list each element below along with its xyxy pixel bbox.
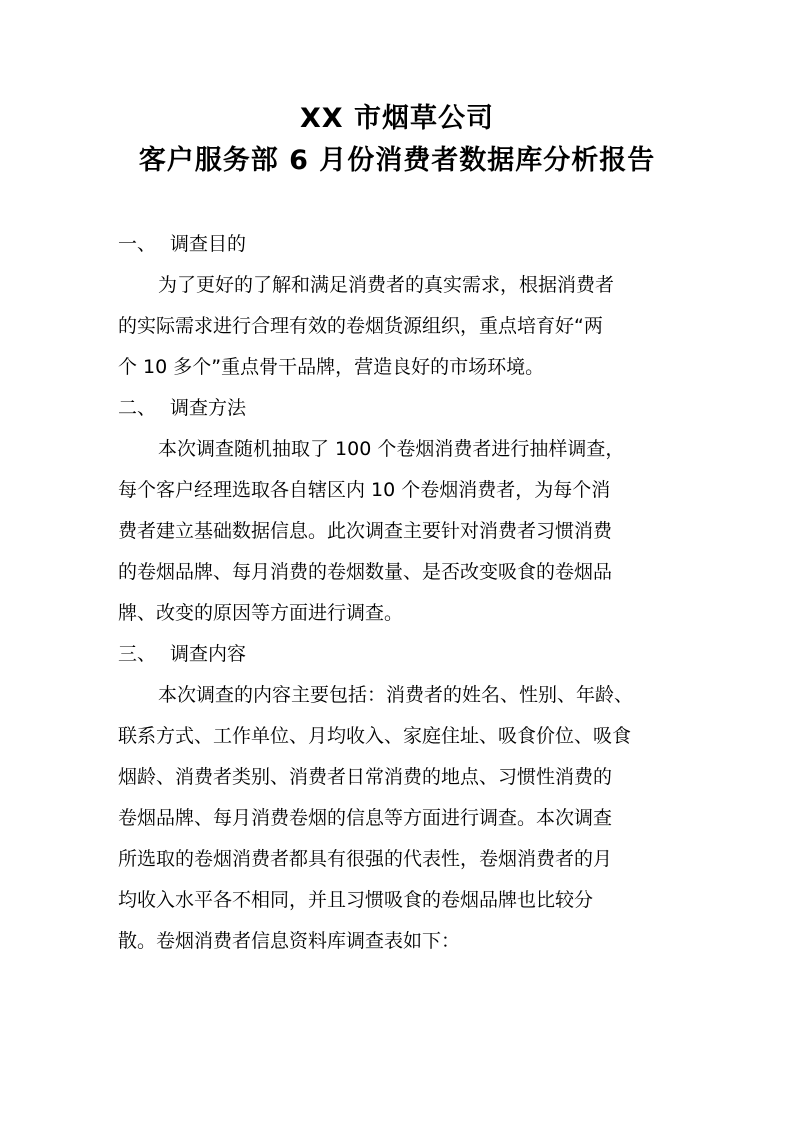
document-page: XX 市烟草公司 客户服务部 6 月份消费者数据库分析报告 一、调查目的 为了更…	[0, 0, 794, 1123]
section-title: 调查内容	[170, 643, 246, 665]
document-body: 一、调查目的 为了更好的了解和满足消费者的真实需求，根据消费者 的实际需求进行合…	[118, 224, 678, 962]
paragraph-line: 为了更好的了解和满足消费者的真实需求，根据消费者	[118, 265, 678, 306]
paragraph-line: 费者建立基础数据信息。此次调查主要针对消费者习惯消费	[118, 511, 678, 552]
section-number: 三、	[118, 643, 156, 665]
paragraph-line: 散。卷烟消费者信息资料库调查表如下：	[118, 921, 678, 962]
paragraph-line: 本次调查随机抽取了 100 个卷烟消费者进行抽样调查，	[118, 429, 678, 470]
section-heading-content: 三、调查内容	[118, 634, 678, 675]
section-title: 调查目的	[170, 233, 246, 255]
paragraph-line: 所选取的卷烟消费者都具有很强的代表性，卷烟消费者的月	[118, 839, 678, 880]
paragraph-line: 个 10 多个”重点骨干品牌，营造良好的市场环境。	[118, 347, 678, 388]
paragraph-line: 卷烟品牌、每月消费卷烟的信息等方面进行调查。本次调查	[118, 798, 678, 839]
title-line-1: XX 市烟草公司	[0, 101, 794, 137]
paragraph-line: 的实际需求进行合理有效的卷烟货源组织，重点培育好“两	[118, 306, 678, 347]
paragraph-line: 烟龄、消费者类别、消费者日常消费的地点、习惯性消费的	[118, 757, 678, 798]
section-number: 二、	[118, 397, 156, 419]
paragraph-line: 的卷烟品牌、每月消费的卷烟数量、是否改变吸食的卷烟品	[118, 552, 678, 593]
section-number: 一、	[118, 233, 156, 255]
paragraph-line: 牌、改变的原因等方面进行调查。	[118, 593, 678, 634]
section-heading-method: 二、调查方法	[118, 388, 678, 429]
paragraph-line: 本次调查的内容主要包括：消费者的姓名、性别、年龄、	[118, 675, 678, 716]
paragraph-line: 均收入水平各不相同，并且习惯吸食的卷烟品牌也比较分	[118, 880, 678, 921]
paragraph-line: 联系方式、工作单位、月均收入、家庭住址、吸食价位、吸食	[118, 716, 678, 757]
title-line-2: 客户服务部 6 月份消费者数据库分析报告	[0, 143, 794, 179]
section-heading-purpose: 一、调查目的	[118, 224, 678, 265]
paragraph-line: 每个客户经理选取各自辖区内 10 个卷烟消费者，为每个消	[118, 470, 678, 511]
section-title: 调查方法	[170, 397, 246, 419]
